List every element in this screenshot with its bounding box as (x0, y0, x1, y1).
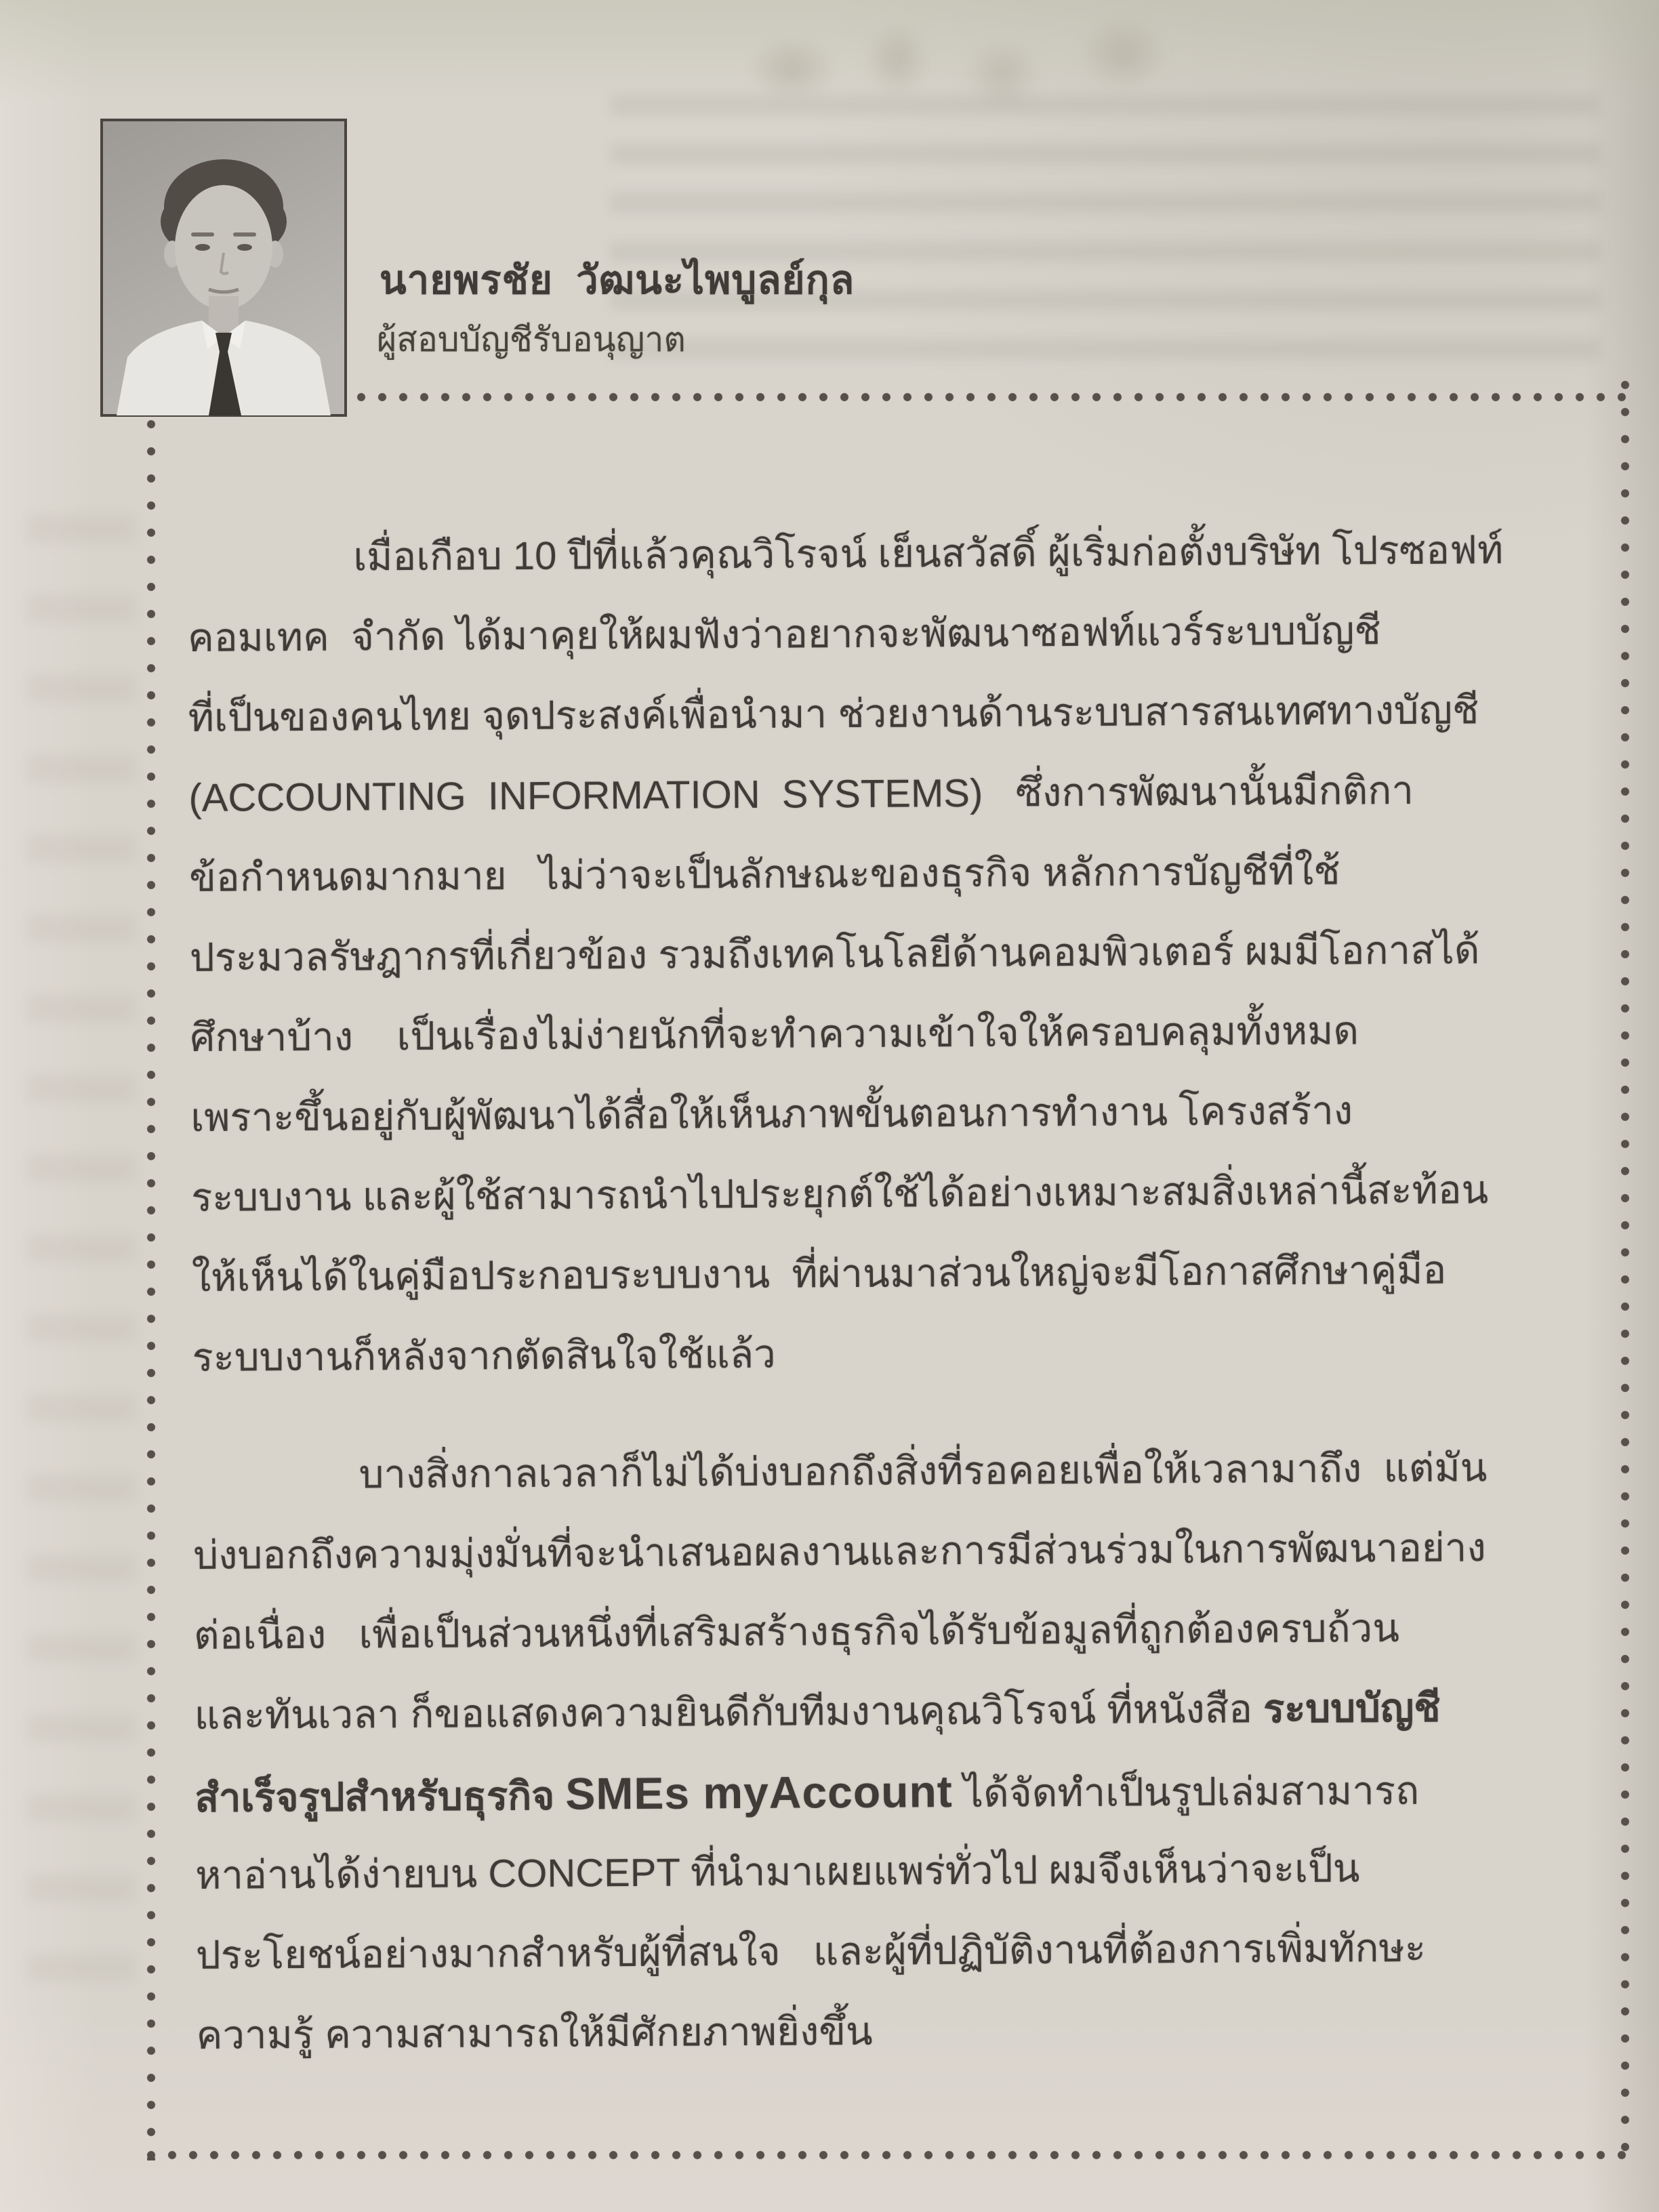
text-segment: ความรู้ ความสามารถให้มีศักยภาพยิ่งขึ้น (196, 2009, 872, 2057)
text-line: เมื่อเกือบ 10 ปีที่แล้วคุณวิโรจน์ เย็นสว… (187, 510, 1584, 598)
text-segment: สำเร็จรูปสำหรับธุรกิจ (194, 1774, 565, 1820)
text-segment: เมื่อเกือบ 10 ปีที่แล้วคุณวิโรจน์ เย็นสว… (353, 528, 1503, 579)
text-line: ความรู้ ความสามารถให้มีศักยภาพยิ่งขึ้น (196, 1987, 1593, 2076)
author-title: ผู้สอบบัญชีรับอนุญาต (377, 313, 686, 367)
text-line: และทันเวลา ก็ขอแสดงความยินดีกับทีมงานคุณ… (194, 1667, 1591, 1756)
text-segment: SMEs myAccount (565, 1766, 953, 1818)
text-line: สำเร็จรูปสำหรับธุรกิจ SMEs myAccount ได้… (194, 1747, 1591, 1836)
portrait-illustration (100, 119, 347, 417)
text-line: ประโยชน์อย่างมากสำหรับผู้ที่สนใจ และผู้ท… (196, 1907, 1593, 1996)
text-segment: หาอ่านได้ง่ายบน CONCEPT ที่นำมาเผยแพร่ทั… (195, 1846, 1360, 1897)
text-segment: ระบบงาน และผู้ใช้สามารถนำไปประยุกต์ใช้ได… (191, 1168, 1489, 1220)
bleed-through-lines (610, 95, 1599, 386)
text-line: ระบบงาน และผู้ใช้สามารถนำไปประยุกต์ใช้ได… (191, 1149, 1588, 1238)
text-line: ประมวลรัษฎากรที่เกี่ยวข้อง รวมถึงเทคโนโล… (190, 909, 1586, 998)
paragraph: บางสิ่งกาลเวลาก็ไม่ได้บ่งบอกถึงสิ่งที่รอ… (192, 1427, 1593, 2076)
scanned-page: นายพรชัย วัฒนะไพบูลย์กุล ผู้สอบบัญชีรับอ… (0, 0, 1659, 2212)
text-segment: ระบบบัญชี (1263, 1686, 1441, 1732)
text-segment: ต่อเนื่อง เพื่อเป็นส่วนหนึ่งที่เสริมสร้า… (194, 1606, 1399, 1658)
eye-left (195, 244, 210, 251)
text-segment: ประโยชน์อย่างมากสำหรับผู้ที่สนใจ และผู้ท… (196, 1926, 1426, 1978)
dotted-border-left (146, 392, 157, 2160)
eyebrow-left (191, 232, 214, 237)
text-line: บ่งบอกถึงความมุ่งมั่นที่จะนำเสนอผลงานและ… (193, 1507, 1590, 1596)
text-segment: และทันเวลา ก็ขอแสดงความยินดีกับทีมงานคุณ… (194, 1687, 1264, 1738)
text-segment: ประมวลรัษฎากรที่เกี่ยวข้อง รวมถึงเทคโนโล… (190, 928, 1480, 980)
eyebrow-right (233, 232, 256, 237)
neck (209, 296, 239, 331)
author-photo (100, 119, 347, 417)
dotted-border-right (1620, 380, 1631, 2160)
text-segment: ให้เห็นได้ในคู่มือประกอบระบบงาน ที่ผ่านม… (192, 1248, 1447, 1300)
text-line: (ACCOUNTING INFORMATION SYSTEMS) ซึ่งการ… (188, 750, 1585, 838)
dotted-border-bottom (146, 2150, 1630, 2160)
dotted-border-top (146, 392, 1630, 403)
text-segment: ได้จัดทำเป็นรูปเล่มสามารถ (953, 1769, 1420, 1816)
text-line: คอมเทค จำกัด ได้มาคุยให้ผมฟังว่าอยากจะพั… (188, 590, 1584, 678)
paragraph: เมื่อเกือบ 10 ปีที่แล้วคุณวิโรจน์ เย็นสว… (187, 510, 1589, 1398)
text-segment: เพราะขึ้นอยู่กับผู้พัฒนาได้สื่อให้เห็นภา… (190, 1089, 1353, 1140)
text-segment: ศึกษาบ้าง เป็นเรื่องไม่ง่ายนักที่จะทำควา… (190, 1008, 1359, 1060)
text-line: ต่อเนื่อง เพื่อเป็นส่วนหนึ่งที่เสริมสร้า… (194, 1587, 1591, 1676)
author-name: นายพรชัย วัฒนะไพบูลย์กุล (380, 248, 855, 311)
foreword-text: เมื่อเกือบ 10 ปีที่แล้วคุณวิโรจน์ เย็นสว… (187, 510, 1593, 2076)
text-segment: (ACCOUNTING INFORMATION SYSTEMS) ซึ่งการ… (188, 769, 1414, 820)
text-segment: ที่เป็นของคนไทย จุดประสงค์เพื่อนำมา ช่วย… (188, 688, 1479, 740)
text-segment: บางสิ่งกาลเวลาก็ไม่ได้บ่งบอกถึงสิ่งที่รอ… (359, 1446, 1487, 1496)
text-segment: คอมเทค จำกัด ได้มาคุยให้ผมฟังว่าอยากจะพั… (188, 609, 1381, 660)
bleed-through-margin (27, 515, 136, 2006)
text-line: ระบบงานก็หลังจากตัดสินใจใช้แล้ว (192, 1309, 1589, 1398)
text-segment: ระบบงานก็หลังจากตัดสินใจใช้แล้ว (192, 1332, 776, 1380)
text-line: ให้เห็นได้ในคู่มือประกอบระบบงาน ที่ผ่านม… (191, 1229, 1588, 1318)
text-line: ที่เป็นของคนไทย จุดประสงค์เพื่อนำมา ช่วย… (188, 670, 1584, 758)
text-line: ศึกษาบ้าง เป็นเรื่องไม่ง่ายนักที่จะทำควา… (190, 989, 1586, 1078)
text-line: เพราะขึ้นอยู่กับผู้พัฒนาได้สื่อให้เห็นภา… (190, 1069, 1587, 1158)
eye-right (237, 244, 252, 251)
text-line: หาอ่านได้ง่ายบน CONCEPT ที่นำมาเผยแพร่ทั… (195, 1827, 1592, 1916)
text-line: ข้อกำหนดมากมาย ไม่ว่าจะเป็นลักษณะของธุรก… (189, 829, 1586, 918)
text-line: บางสิ่งกาลเวลาก็ไม่ได้บ่งบอกถึงสิ่งที่รอ… (192, 1427, 1589, 1516)
text-segment: บ่งบอกถึงความมุ่งมั่นที่จะนำเสนอผลงานและ… (193, 1525, 1486, 1578)
text-segment: ข้อกำหนดมากมาย ไม่ว่าจะเป็นลักษณะของธุรก… (189, 849, 1340, 900)
